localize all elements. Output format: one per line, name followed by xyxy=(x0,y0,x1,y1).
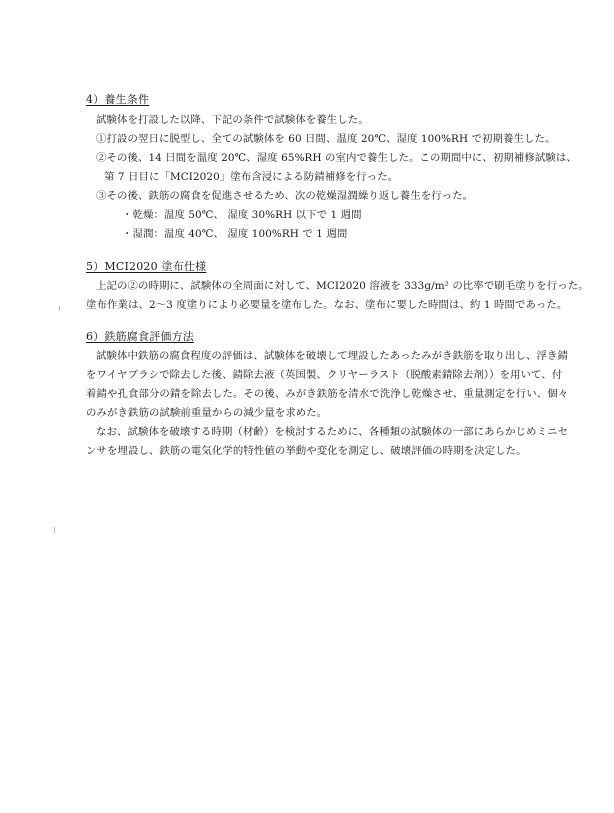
scan-mark xyxy=(59,306,60,311)
paragraph-line: ンサを埋設し、鉄筋の電気化学的特性値の挙動や変化を測定し、破壊評価の時期を決定し… xyxy=(86,442,566,461)
paragraph-line: なお、試験体を破壊する時期（材齢）を検討するために、各種類の試験体の一部にあらか… xyxy=(86,423,566,442)
paragraph-line: 塗布作業は、2〜3 度塗りにより必要量を塗布した。なお、塗布に要した時間は、約 … xyxy=(86,296,566,315)
section-heading: 5）MCI2020 塗布仕様 xyxy=(86,259,566,275)
section-heading: 4）養生条件 xyxy=(86,92,566,108)
document-page: 4）養生条件 試験体を打設した以降、下記の条件で試験体を養生した。 ①打設の翌日… xyxy=(0,0,614,813)
list-item-2: ②その後、14 日間を温度 20℃、湿度 65%RH の室内で養生した。この期間… xyxy=(86,149,566,168)
list-item-3: ③その後、鉄筋の腐食を促進させるため、次の乾燥湿潤繰り返し養生を行った。 xyxy=(86,187,566,206)
paragraph-line: 試験体中鉄筋の腐食程度の評価は、試験体を破壊して埋設したあったみがき鉄筋を取り出… xyxy=(86,347,566,366)
list-item-1: ①打設の翌日に脱型し、全ての試験体を 60 日間、温度 20℃、湿度 100%R… xyxy=(86,130,566,149)
bullet-dry: ・乾燥：温度 50℃、 湿度 30%RH 以下で 1 週間 xyxy=(86,206,566,225)
list-item-2-continuation: 第 7 日目に「MCI2020」塗布含浸による防錆補修を行った。 xyxy=(86,168,566,187)
paragraph-line: 上記の②の時期に、試験体の全周面に対して、MCI2020 溶液を 333g/m²… xyxy=(86,277,566,296)
paragraph-line: をワイヤブラシで除去した後、錆除去液（英国製、クリヤーラスト（脱酸素錆除去剤））… xyxy=(86,366,566,385)
paragraph-line: 着錆や孔食部分の錆を除去した。その後、みがき鉄筋を清水で洗浄し乾燥させ、重量測定… xyxy=(86,385,566,404)
bullet-wet: ・湿潤：温度 40℃、 湿度 100%RH で 1 週間 xyxy=(86,225,566,244)
scan-mark xyxy=(54,527,55,533)
section-corrosion-evaluation: 6）鉄筋腐食評価方法 試験体中鉄筋の腐食程度の評価は、試験体を破壊して埋設したあ… xyxy=(86,329,566,461)
section-heading: 6）鉄筋腐食評価方法 xyxy=(86,329,566,345)
paragraph-line: のみがき鉄筋の試験前重量からの減少量を求めた。 xyxy=(86,404,566,423)
section-mci2020-application: 5）MCI2020 塗布仕様 上記の②の時期に、試験体の全周面に対して、MCI2… xyxy=(86,259,566,315)
section-curing-conditions: 4）養生条件 試験体を打設した以降、下記の条件で試験体を養生した。 ①打設の翌日… xyxy=(86,92,566,244)
paragraph-line: 試験体を打設した以降、下記の条件で試験体を養生した。 xyxy=(86,111,566,130)
